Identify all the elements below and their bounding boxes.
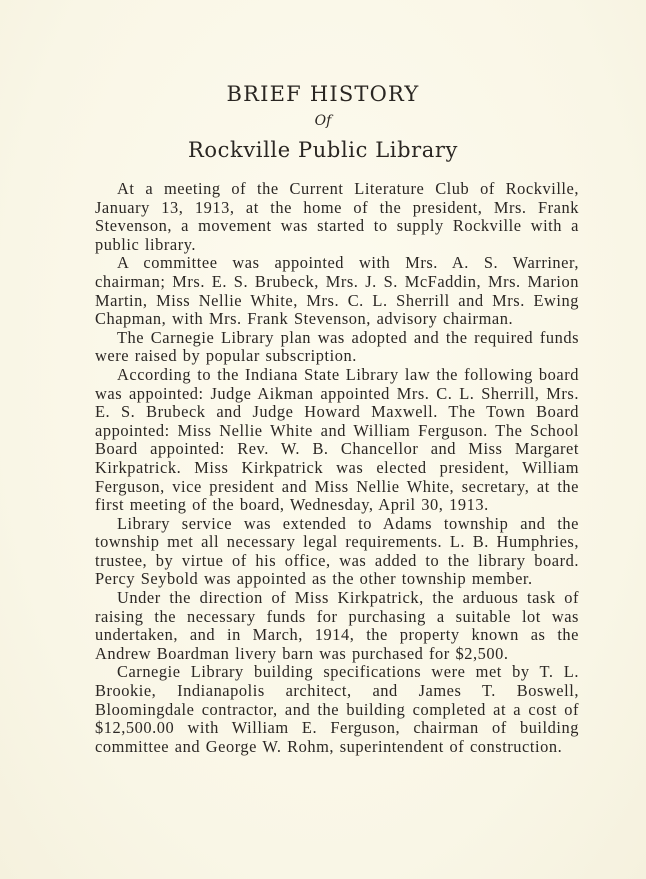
document-page: BRIEF HISTORY Of Rockville Public Librar… — [0, 0, 646, 879]
body-text: At a meeting of the Current Literature C… — [95, 180, 579, 756]
paragraph-committee: A committee was appointed with Mrs. A. S… — [95, 254, 579, 328]
page-title: BRIEF HISTORY — [0, 82, 646, 106]
paragraph-building-construction: Carnegie Library building specifications… — [95, 663, 579, 756]
title-connector: Of — [0, 113, 646, 129]
paragraph-board-appointed: According to the Indiana State Library l… — [95, 366, 579, 515]
paragraph-adams-township: Library service was extended to Adams to… — [95, 515, 579, 589]
paragraph-lot-purchase: Under the direction of Miss Kirkpatrick,… — [95, 589, 579, 663]
paragraph-club-meeting: At a meeting of the Current Literature C… — [95, 180, 579, 254]
paragraph-carnegie-plan: The Carnegie Library plan was adopted an… — [95, 329, 579, 366]
page-subtitle: Rockville Public Library — [0, 138, 646, 162]
